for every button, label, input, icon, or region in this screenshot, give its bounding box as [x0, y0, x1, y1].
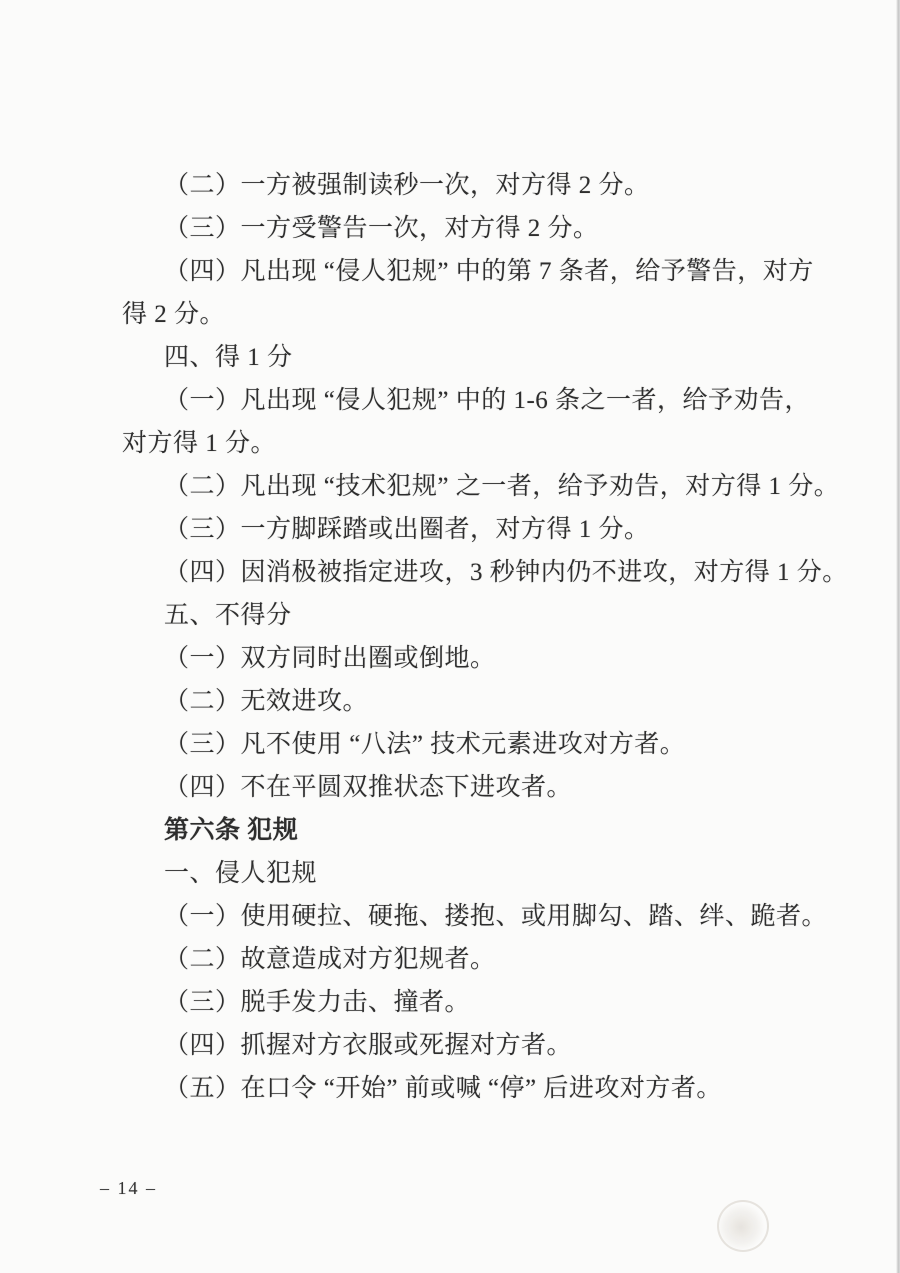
doc-line-article-heading: 第六条 犯规	[122, 809, 822, 852]
doc-line-subheading: 四、得 1 分	[122, 336, 822, 379]
doc-line: （一）使用硬拉、硬拖、搂抱、或用脚勾、踏、绊、跪者。	[122, 895, 822, 938]
scanned-document-page: （二）一方被强制读秒一次，对方得 2 分。 （三）一方受警告一次，对方得 2 分…	[0, 0, 900, 1273]
doc-line: （四）凡出现 “侵人犯规” 中的第 7 条者，给予警告，对方	[122, 250, 822, 293]
doc-line: （三）一方脚踩踏或出圈者，对方得 1 分。	[122, 508, 822, 551]
doc-line: （一）双方同时出圈或倒地。	[122, 637, 822, 680]
doc-line: 得 2 分。	[122, 293, 822, 336]
doc-line: （三）凡不使用 “八法” 技术元素进攻对方者。	[122, 723, 822, 766]
document-body: （二）一方被强制读秒一次，对方得 2 分。 （三）一方受警告一次，对方得 2 分…	[122, 164, 822, 1110]
page-number: – 14 –	[100, 1178, 157, 1199]
doc-line: （四）不在平圆双推状态下进攻者。	[122, 766, 822, 809]
doc-line: （一）凡出现 “侵人犯规” 中的 1-6 条之一者，给予劝告，	[122, 379, 822, 422]
scan-edge-line	[896, 0, 900, 1273]
doc-line: （二）故意造成对方犯规者。	[122, 938, 822, 981]
doc-line: 对方得 1 分。	[122, 422, 822, 465]
doc-line: （二）一方被强制读秒一次，对方得 2 分。	[122, 164, 822, 207]
doc-line-subheading: 一、侵人犯规	[122, 852, 822, 895]
doc-line: （二）无效进攻。	[122, 680, 822, 723]
doc-line: （四）抓握对方衣服或死握对方者。	[122, 1024, 822, 1067]
doc-line: （五）在口令 “开始” 前或喊 “停” 后进攻对方者。	[122, 1067, 822, 1110]
doc-line-subheading: 五、不得分	[122, 594, 822, 637]
doc-line: （三）一方受警告一次，对方得 2 分。	[122, 207, 822, 250]
doc-line: （四）因消极被指定进攻，3 秒钟内仍不进攻，对方得 1 分。	[122, 551, 822, 594]
doc-line: （二）凡出现 “技术犯规” 之一者，给予劝告，对方得 1 分。	[122, 465, 822, 508]
seal-watermark-icon	[717, 1200, 769, 1252]
doc-line: （三）脱手发力击、撞者。	[122, 981, 822, 1024]
